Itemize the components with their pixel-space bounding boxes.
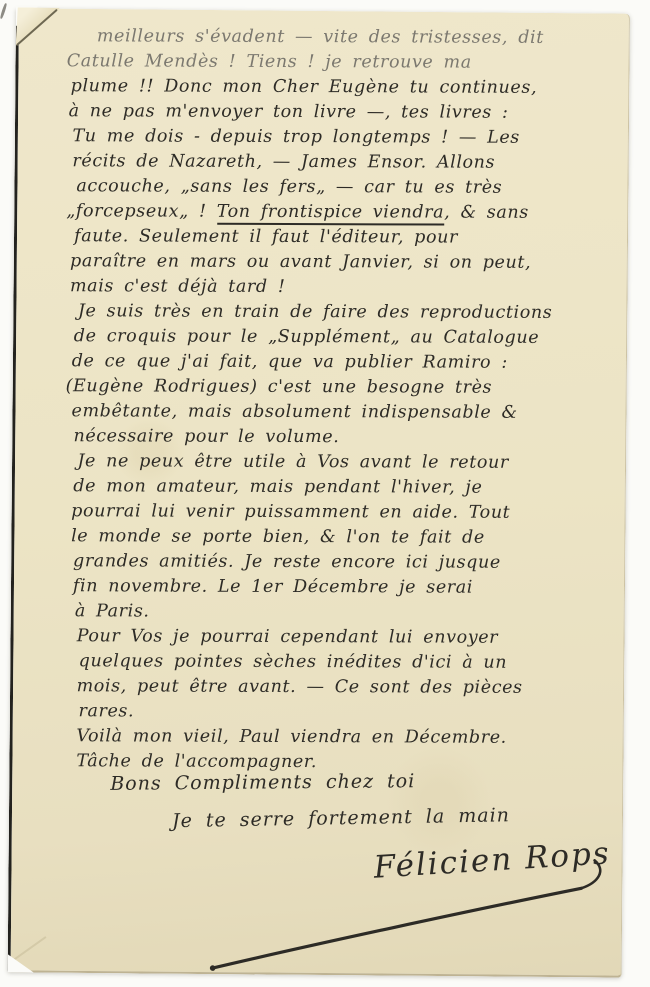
handwriting-line: Je ne peux être utile à Vos avant le ret… [63,451,619,478]
handwriting-text: à Paris. [75,601,150,621]
scan-edge-mark [0,3,7,19]
handwriting-line: fin novembre. Le 1er Décembre je serai [63,576,619,603]
handwriting-text: le monde se porte bien, & l'on te fait d… [71,526,485,547]
handwriting-text: Tâche de l'accompagner. [76,751,317,772]
handwriting-line: (Eugène Rodrigues) c'est une besogne trè… [64,376,620,403]
handwriting-line: mais c'est déjà tard ! [64,276,620,303]
handwriting-text: Voilà mon vieil, Paul viendra en Décembr… [76,726,507,748]
handwriting-line: Catulle Mendès ! Tiens ! je retrouve ma [65,51,621,78]
handwriting-line: mois, peut être avant. — Ce sont des piè… [63,676,619,703]
handwriting-line: Tu me dois - depuis trop longtemps ! — L… [64,126,620,153]
handwriting-line: le monde se porte bien, & l'on te fait d… [63,526,619,553]
handwriting-line: pourrai lui venir puissamment en aide. T… [63,501,619,528]
handwriting-text: récits de Nazareth, — James Ensor. Allon… [72,151,495,172]
signature-flourish [151,838,622,984]
handwriting-text: Je suis très en train de faire des repro… [78,301,552,323]
handwriting-line: Voilà mon vieil, Paul viendra en Décembr… [62,726,618,753]
handwriting-text: fin novembre. Le 1er Décembre je serai [73,576,473,597]
handwriting-text: Je ne peux être utile à Vos avant le ret… [77,451,509,473]
handwriting-text: , & sans [444,203,529,223]
handwriting-line: „forcepseux„ ! Ton frontispice viendra, … [64,201,620,228]
handwriting-text: mois, peut être avant. — Ce sont des piè… [77,676,523,698]
handwriting-line: grandes amitiés. Je reste encore ici jus… [63,551,619,578]
handwriting-text: mais c'est déjà tard ! [70,276,286,297]
handwriting-text: faute. Seulement il faut l'éditeur, pour [74,226,458,247]
handwriting-line: à Paris. [63,601,619,628]
handwriting-text: de ce que j'ai fait, que va publier Rami… [72,351,508,373]
handwriting-text: quelques pointes sèches inédites d'ici à… [79,651,508,672]
handwriting-text: de croquis pour le „Supplément„ au Catal… [74,326,539,348]
handwriting-text: plume !! Donc mon Cher Eugène tu continu… [71,76,538,98]
handwriting-line: de mon amateur, mais pendant l'hiver, je [63,476,619,503]
handwriting-text: accouche, „sans les fers„ — car tu es tr… [76,176,502,197]
handwriting-line: à ne pas m'envoyer ton livre —, tes livr… [65,101,621,128]
handwriting-text: paraître en mars ou avant Janvier, si on… [70,251,531,273]
handwriting-line: de ce que j'ai fait, que va publier Rami… [64,351,620,378]
handwriting-text: Tu me dois - depuis trop longtemps ! — L… [72,126,519,148]
handwriting-line: meilleurs s'évadent — vite des tristesse… [65,26,621,53]
handwriting-line: Je suis très en train de faire des repro… [64,301,620,328]
closing-handshake: Je te serre fortement la main [172,804,510,832]
handwriting-line: nécessaire pour le volume. [63,426,619,453]
handwriting-line: faute. Seulement il faut l'éditeur, pour [64,226,620,253]
handwriting-line: quelques pointes sèches inédites d'ici à… [63,651,619,678]
handwriting-line: embêtante, mais absolument indispensable… [64,401,620,428]
closing-compliments: Bons Compliments chez toi [110,770,415,795]
scanned-letter: meilleurs s'évadent — vite des tristesse… [0,0,650,987]
handwriting-line: accouche, „sans les fers„ — car tu es tr… [64,176,620,203]
handwriting-text: Pour Vos je pourrai cependant lui envoye… [77,626,498,647]
handwriting-text: nécessaire pour le volume. [73,426,339,447]
handwriting-line: Pour Vos je pourrai cependant lui envoye… [63,626,619,653]
handwriting-text: „forcepseux„ ! [66,201,217,222]
underlined-phrase: Ton frontispice viendra [217,202,444,226]
handwriting-text: Catulle Mendès ! Tiens ! je retrouve ma [67,51,472,72]
handwriting-line: plume !! Donc mon Cher Eugène tu continu… [65,76,621,103]
handwriting-text: rares. [78,701,134,721]
handwriting-text: à ne pas m'envoyer ton livre —, tes livr… [69,101,509,123]
handwriting-text: pourrai lui venir puissamment en aide. T… [71,501,510,523]
bottom-left-crease [11,936,46,962]
handwriting-text: embêtante, mais absolument indispensable… [72,401,518,423]
handwriting-text: de mon amateur, mais pendant l'hiver, je [73,476,482,497]
handwriting-text: grandes amitiés. Je reste encore ici jus… [73,551,501,572]
handwriting-line: rares. [62,701,618,728]
handwriting-line: de croquis pour le „Supplément„ au Catal… [64,326,620,353]
handwriting-line: paraître en mars ou avant Janvier, si on… [64,251,620,278]
handwriting-text: (Eugène Rodrigues) c'est une besogne trè… [66,376,493,397]
paper-sheet: meilleurs s'évadent — vite des tristesse… [8,8,630,977]
handwriting-line: récits de Nazareth, — James Ensor. Allon… [64,151,620,178]
handwriting-text: meilleurs s'évadent — vite des tristesse… [97,26,544,48]
letter-lines: meilleurs s'évadent — vite des tristesse… [62,26,621,778]
